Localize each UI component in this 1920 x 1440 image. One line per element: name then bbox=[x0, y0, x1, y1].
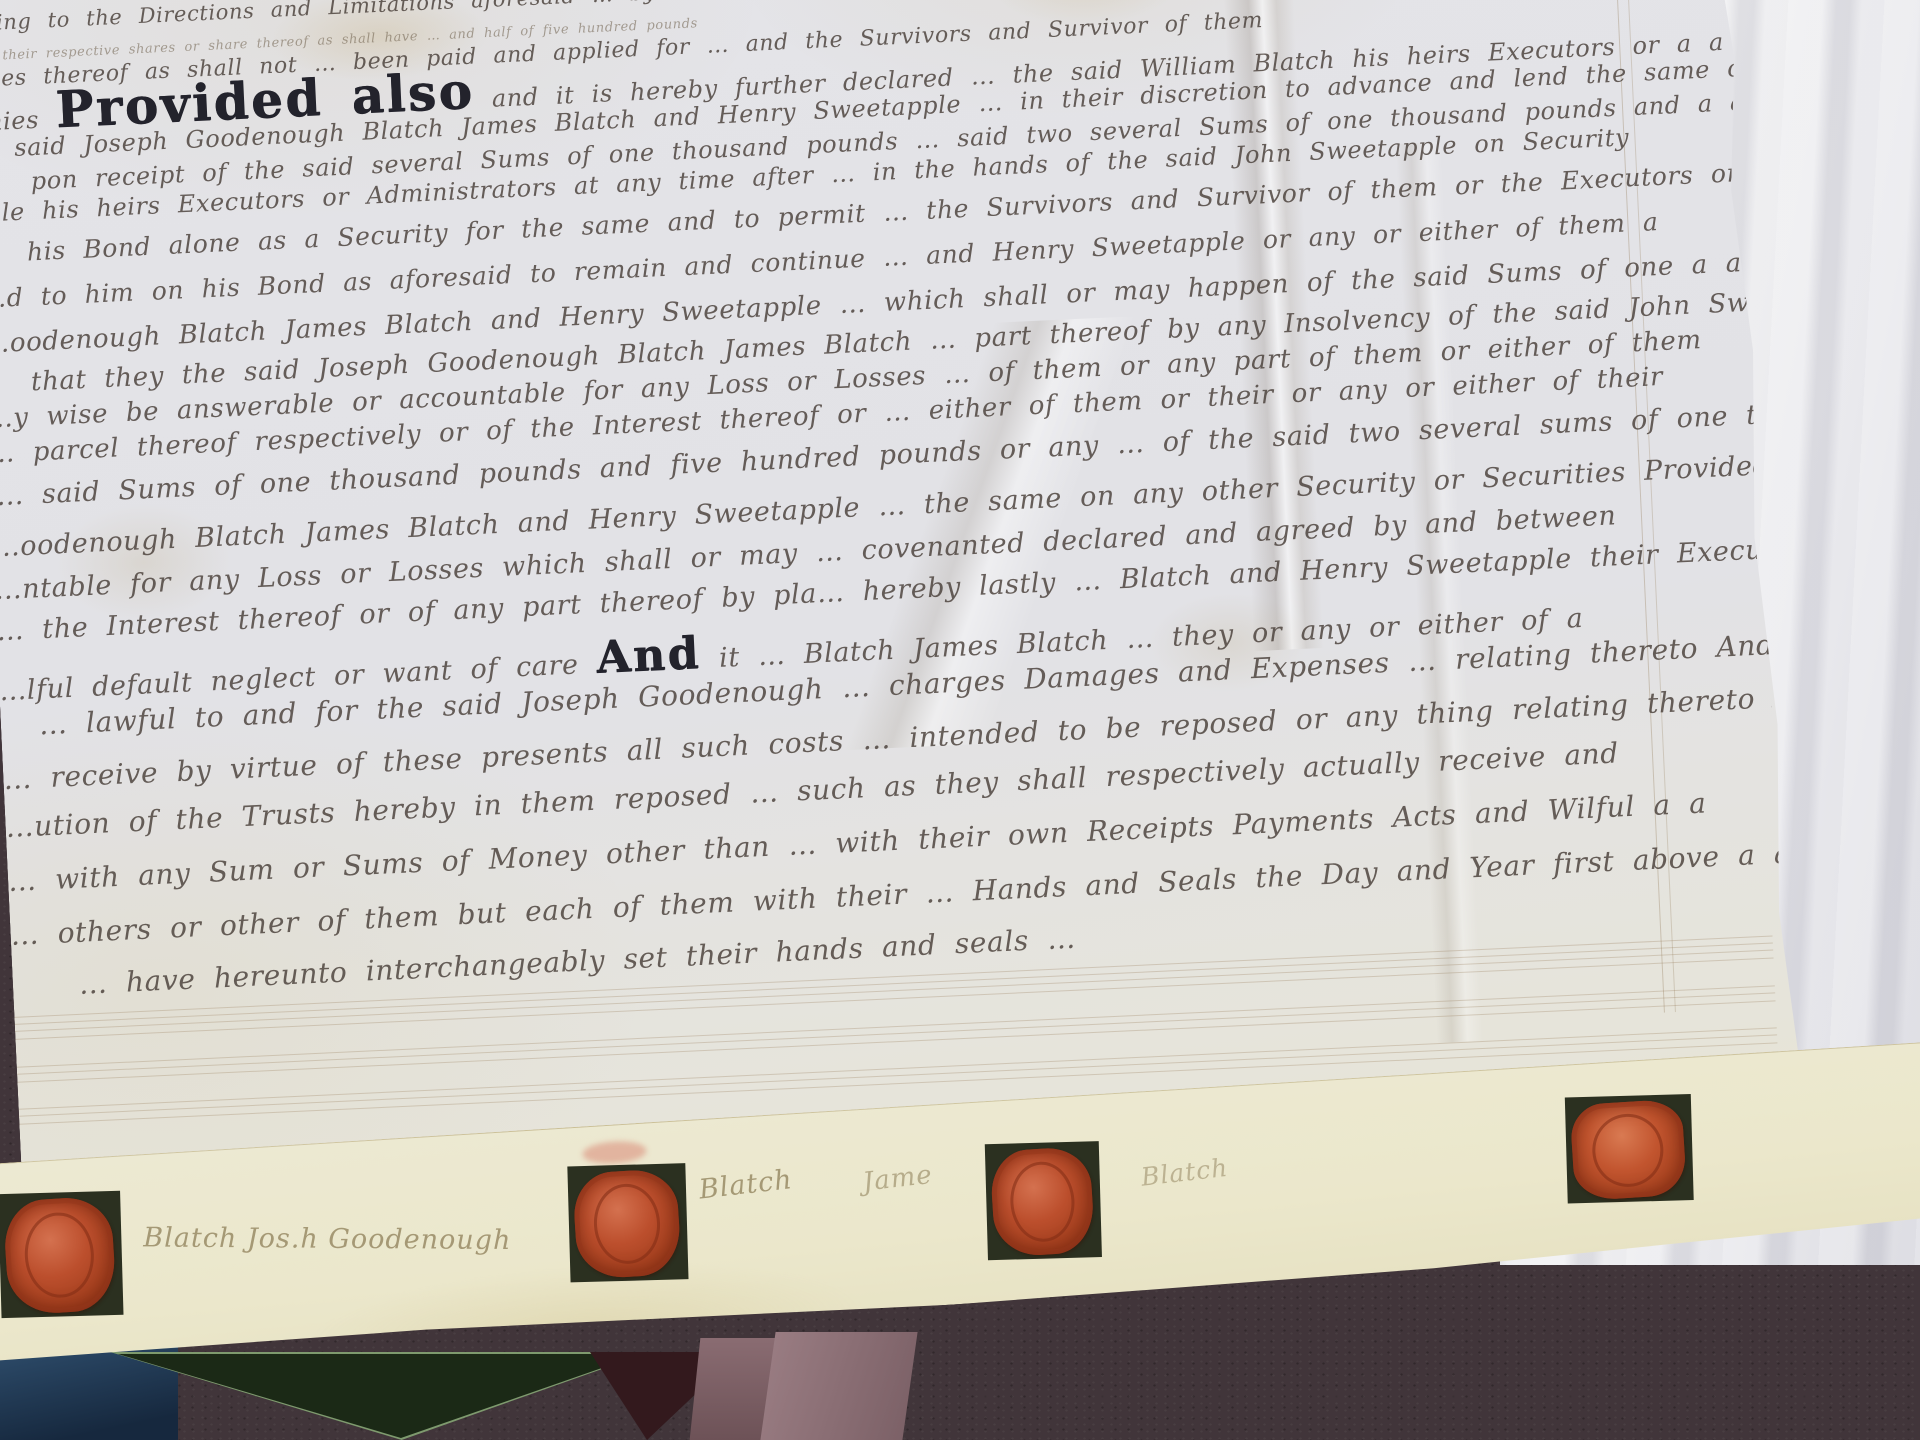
wax-blob bbox=[1569, 1098, 1687, 1201]
shelf-green-triangle bbox=[118, 1354, 642, 1438]
signature: Blatch Jos.h Goodenough bbox=[143, 1222, 511, 1256]
wax-seal bbox=[989, 1146, 1095, 1258]
photograph-of-deed: …ing to the Directions and Limitations a… bbox=[0, 0, 1920, 1440]
wax-blob bbox=[572, 1168, 682, 1280]
wax-smear bbox=[582, 1140, 647, 1166]
signature: Blatch bbox=[1139, 1153, 1229, 1192]
wax-blob bbox=[2, 1195, 117, 1316]
signature: Jame bbox=[861, 1160, 934, 1198]
wax-blob bbox=[989, 1146, 1095, 1258]
gothic-word-and: And bbox=[595, 628, 702, 684]
table-leg-mauve-light bbox=[760, 1332, 917, 1440]
signature: Blatch bbox=[697, 1164, 794, 1206]
wax-seal bbox=[572, 1168, 682, 1280]
wax-seal bbox=[1569, 1098, 1687, 1201]
wax-seal bbox=[2, 1195, 117, 1316]
